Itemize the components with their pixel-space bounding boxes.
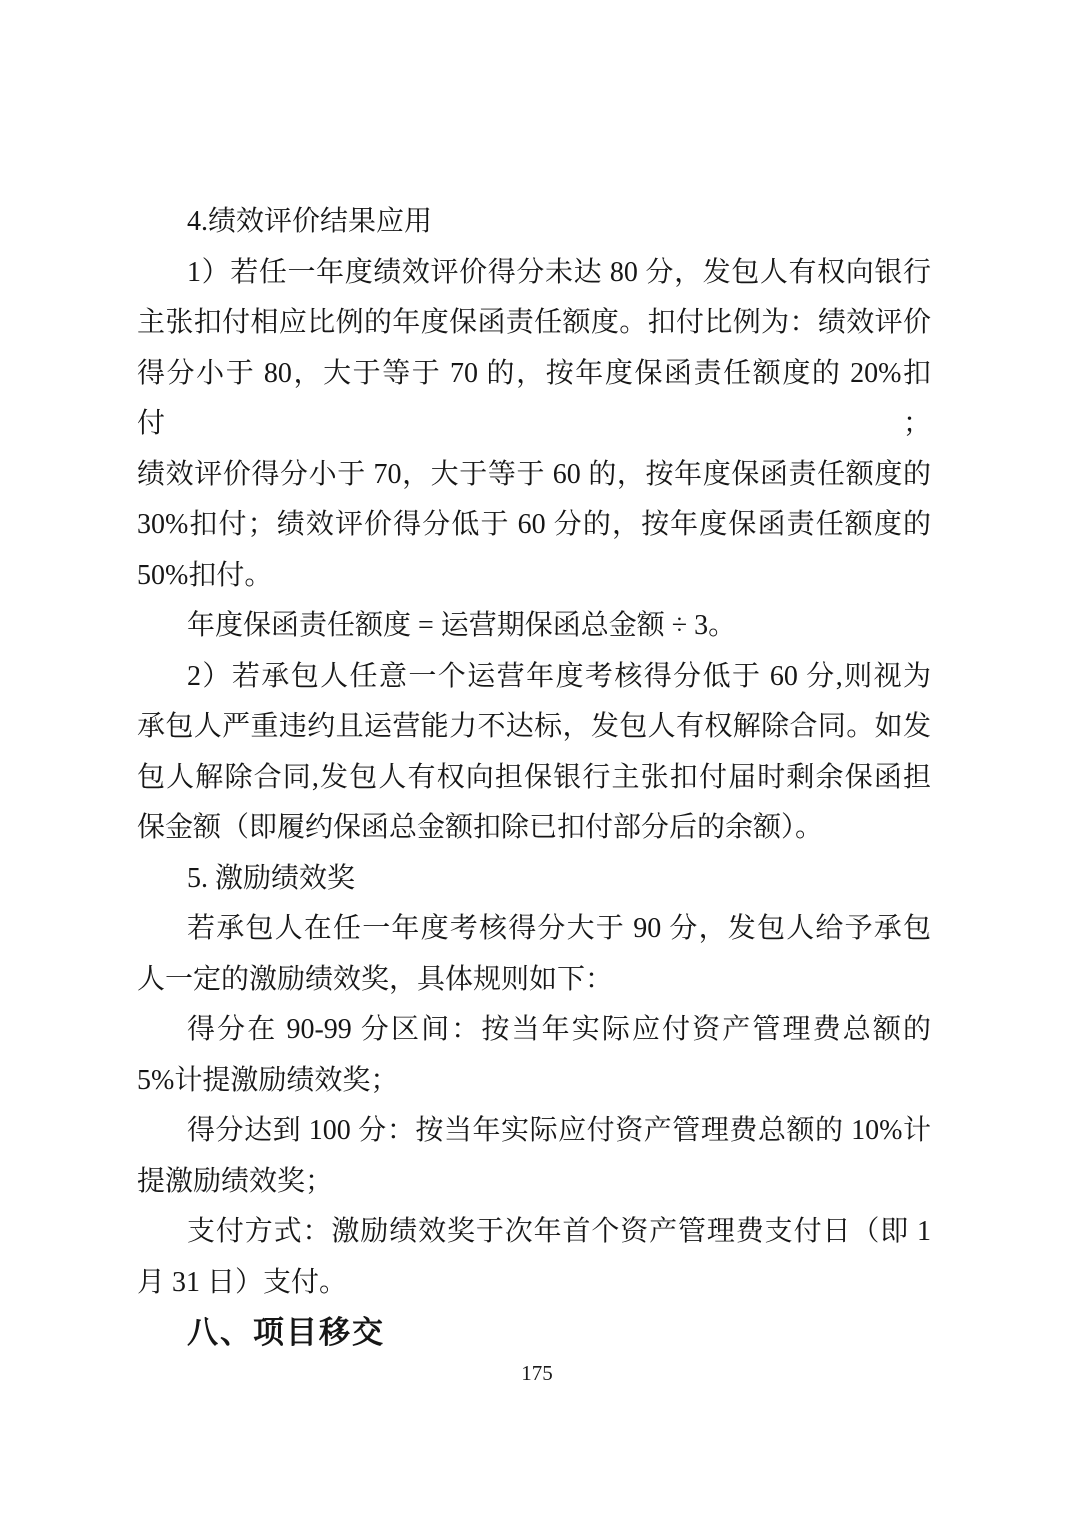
- text-line: 4.绩效评价结果应用: [137, 197, 931, 248]
- text-line: 月 31 日）支付。: [137, 1258, 931, 1309]
- text-line: 30%扣付；绩效评价得分低于 60 分的，按年度保函责任额度的: [137, 500, 931, 551]
- text-line: 承包人严重违约且运营能力不达标，发包人有权解除合同。如发: [137, 702, 931, 753]
- paragraph-section-4-heading: 4.绩效评价结果应用: [137, 197, 931, 248]
- chapter-heading-project-handover: 八、项目移交: [137, 1308, 931, 1359]
- page-footer: 175: [0, 1360, 1074, 1386]
- text-line: 1）若任一年度绩效评价得分未达 80 分，发包人有权向银行: [137, 248, 931, 299]
- text-line: 得分在 90-99 分区间：按当年实际应付资产管理费总额的: [137, 1005, 931, 1056]
- text-line: 年度保函责任额度 = 运营期保函总金额 ÷ 3。: [137, 601, 931, 652]
- text-line: 5%计提激励绩效奖；: [137, 1056, 931, 1107]
- text-line: 主张扣付相应比例的年度保函责任额度。扣付比例为：绩效评价: [137, 298, 931, 349]
- text-line: 支付方式：激励绩效奖于次年首个资产管理费支付日（即 1: [137, 1207, 931, 1258]
- text-line: 2）若承包人任意一个运营年度考核得分低于 60 分,则视为: [137, 652, 931, 703]
- paragraph-incentive-rule-90-99: 得分在 90-99 分区间：按当年实际应付资产管理费总额的 5%计提激励绩效奖；: [137, 1005, 931, 1106]
- text-line: 人一定的激励绩效奖，具体规则如下：: [137, 955, 931, 1006]
- paragraph-clause-2-termination: 2）若承包人任意一个运营年度考核得分低于 60 分,则视为 承包人严重违约且运营…: [137, 652, 931, 854]
- document-page: 4.绩效评价结果应用 1）若任一年度绩效评价得分未达 80 分，发包人有权向银行…: [0, 0, 1074, 1520]
- paragraph-section-5-heading: 5. 激励绩效奖: [137, 854, 931, 905]
- document-body: 4.绩效评价结果应用 1）若任一年度绩效评价得分未达 80 分，发包人有权向银行…: [137, 197, 931, 1359]
- text-line: 提激励绩效奖；: [137, 1157, 931, 1208]
- text-line: 5. 激励绩效奖: [137, 854, 931, 905]
- paragraph-incentive-intro: 若承包人在任一年度考核得分大于 90 分，发包人给予承包 人一定的激励绩效奖，具…: [137, 904, 931, 1005]
- paragraph-payment-method: 支付方式：激励绩效奖于次年首个资产管理费支付日（即 1 月 31 日）支付。: [137, 1207, 931, 1308]
- text-line: 保金额（即履约保函总金额扣除已扣付部分后的余额）。: [137, 803, 931, 854]
- page-number: 175: [521, 1361, 553, 1385]
- paragraph-clause-1-deduction-rules: 1）若任一年度绩效评价得分未达 80 分，发包人有权向银行 主张扣付相应比例的年…: [137, 248, 931, 602]
- text-line: 50%扣付。: [137, 551, 931, 602]
- text-line: 若承包人在任一年度考核得分大于 90 分，发包人给予承包: [137, 904, 931, 955]
- text-line: 得分达到 100 分：按当年实际应付资产管理费总额的 10%计: [137, 1106, 931, 1157]
- text-line: 绩效评价得分小于 70，大于等于 60 的，按年度保函责任额度的: [137, 450, 931, 501]
- text-line: 包人解除合同,发包人有权向担保银行主张扣付届时剩余保函担: [137, 753, 931, 804]
- paragraph-incentive-rule-100: 得分达到 100 分：按当年实际应付资产管理费总额的 10%计 提激励绩效奖；: [137, 1106, 931, 1207]
- text-line: 得分小于 80，大于等于 70 的，按年度保函责任额度的 20%扣付；: [137, 349, 931, 450]
- text-line: 八、项目移交: [137, 1308, 931, 1359]
- paragraph-annual-guarantee-formula: 年度保函责任额度 = 运营期保函总金额 ÷ 3。: [137, 601, 931, 652]
